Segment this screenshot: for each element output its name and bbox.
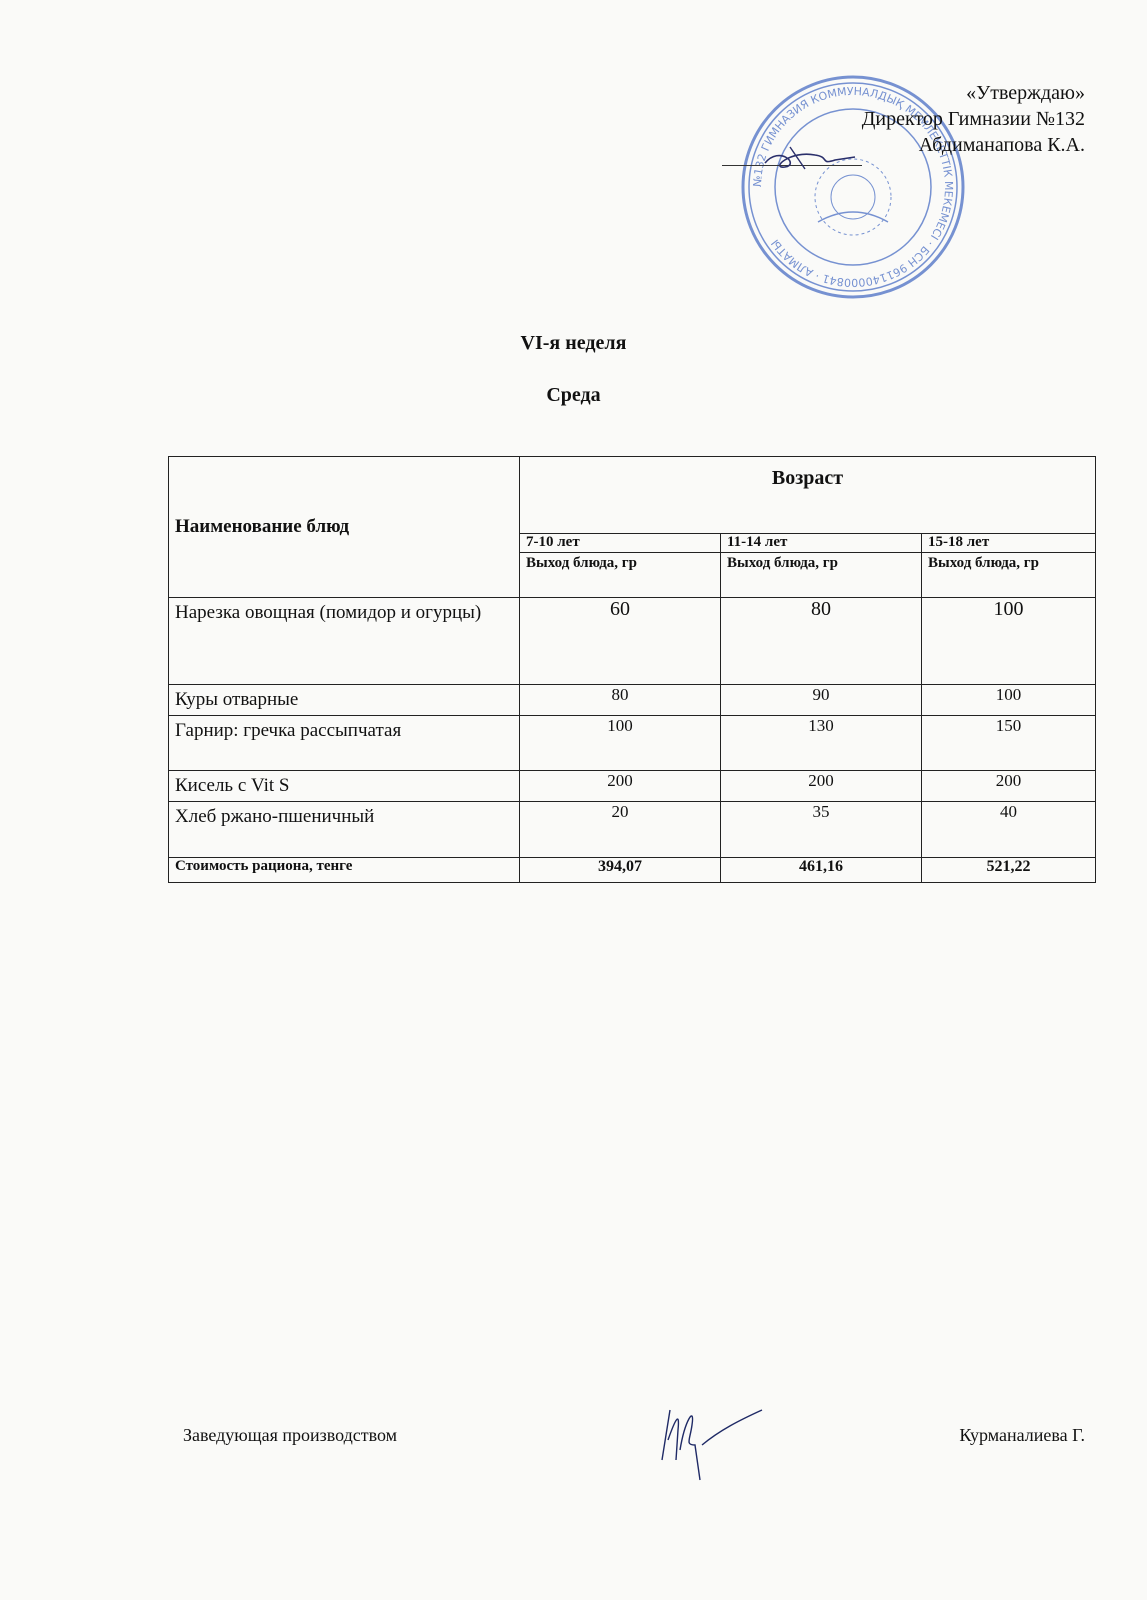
dish-value: 200	[721, 771, 922, 802]
dish-name: Хлеб ржано-пшеничный	[169, 802, 520, 858]
dish-value: 80	[520, 685, 721, 716]
dish-value: 90	[721, 685, 922, 716]
header-age: Возраст	[520, 457, 1096, 534]
table-total-row: Стоимость рациона, тенге 394,07 461,16 5…	[169, 858, 1096, 883]
total-value: 461,16	[721, 858, 922, 883]
dish-value: 40	[922, 802, 1096, 858]
header-age-range: 7-10 лет	[520, 534, 721, 553]
table-row: Гарнир: гречка рассыпчатая 100 130 150	[169, 716, 1096, 771]
table-row: Куры отварные 80 90 100	[169, 685, 1096, 716]
dish-value: 200	[520, 771, 721, 802]
dish-value: 20	[520, 802, 721, 858]
approval-heading: «Утверждаю»	[862, 80, 1085, 106]
manager-signature-icon	[650, 1400, 770, 1485]
director-signature-icon	[760, 135, 860, 175]
approval-position: Директор Гимназии №132	[862, 106, 1085, 132]
dish-value: 60	[520, 598, 721, 685]
dish-value: 100	[520, 716, 721, 771]
header-age-range: 15-18 лет	[922, 534, 1096, 553]
footer-position: Заведующая производством	[183, 1425, 397, 1446]
week-title: VI-я неделя	[0, 332, 1147, 355]
dish-value: 100	[922, 598, 1096, 685]
total-value: 394,07	[520, 858, 721, 883]
dish-value: 130	[721, 716, 922, 771]
table-header-row: Наименование блюд Возраст	[169, 457, 1096, 534]
menu-table: Наименование блюд Возраст 7-10 лет 11-14…	[168, 456, 1096, 883]
header-dish-name: Наименование блюд	[169, 457, 520, 598]
header-output: Выход блюда, гр	[922, 553, 1096, 598]
dish-value: 80	[721, 598, 922, 685]
header-output: Выход блюда, гр	[721, 553, 922, 598]
dish-value: 150	[922, 716, 1096, 771]
document-page: №132 ГИМНАЗИЯ КОММУНАЛДЫҚ МЕМЛЕКЕТТІК МЕ…	[0, 0, 1147, 1600]
footer-name: Курманалиева Г.	[959, 1425, 1085, 1446]
header-age-range: 11-14 лет	[721, 534, 922, 553]
dish-name: Гарнир: гречка рассыпчатая	[169, 716, 520, 771]
dish-name: Нарезка овощная (помидор и огурцы)	[169, 598, 520, 685]
approval-block: «Утверждаю» Директор Гимназии №132 Абдим…	[862, 80, 1085, 158]
total-value: 521,22	[922, 858, 1096, 883]
dish-value: 35	[721, 802, 922, 858]
day-title: Среда	[0, 384, 1147, 407]
dish-value: 200	[922, 771, 1096, 802]
dish-name: Кисель с Vit S	[169, 771, 520, 802]
table-row: Кисель с Vit S 200 200 200	[169, 771, 1096, 802]
dish-value: 100	[922, 685, 1096, 716]
approval-name: Абдиманапова К.А.	[862, 132, 1085, 158]
total-label: Стоимость рациона, тенге	[169, 858, 520, 883]
header-output: Выход блюда, гр	[520, 553, 721, 598]
dish-name: Куры отварные	[169, 685, 520, 716]
table-row: Хлеб ржано-пшеничный 20 35 40	[169, 802, 1096, 858]
table-row: Нарезка овощная (помидор и огурцы) 60 80…	[169, 598, 1096, 685]
